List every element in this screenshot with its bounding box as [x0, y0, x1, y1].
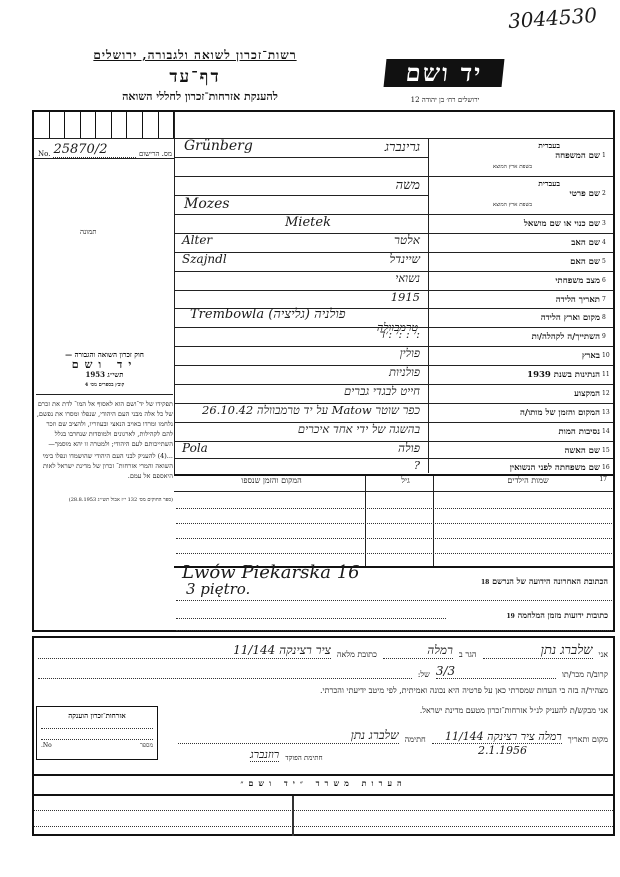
field-number: 11 [602, 371, 610, 378]
field-label-12: המקצוע [432, 388, 600, 399]
origin-sublabel: בשפת ארץ המוצא [432, 164, 532, 170]
field-number: 10 [602, 352, 610, 359]
officer-label: חתימת הפוקד [285, 754, 323, 762]
row-mid-divider [174, 157, 428, 158]
field-value-9[interactable]: :׳ : :׳ :׳ד [180, 327, 420, 341]
field-label-text: בארץ [582, 351, 600, 361]
address-label: כתובת מלאה [337, 650, 377, 659]
notes-line[interactable] [34, 826, 613, 827]
field-label-text: הנתינות בשנת 1939 [527, 370, 600, 380]
field-label-10: בארץ [432, 350, 600, 361]
field-number: 1 [602, 152, 606, 159]
field-number: 18 [481, 579, 489, 586]
place-date-value[interactable]: רמלה ציר רצינקה 11/144 [432, 730, 562, 744]
declarant-i-label: אני [599, 650, 609, 659]
form-subtitle: להענקת אזרחות־זכרון לחללי השואה [85, 90, 315, 103]
field-value-7[interactable]: 1915 [180, 290, 420, 304]
field-value-8[interactable]: Trembowla (גליציה) פולניה [190, 306, 420, 322]
wartime-label-wrap: כתובות ידועות מזמן המלחמה 19 [507, 610, 609, 620]
registration-number[interactable]: 25870/2 [53, 142, 136, 158]
children-row[interactable] [176, 553, 612, 554]
field-label-14: נסיבות המות [432, 426, 600, 437]
memorial-citizenship-box: אזרחות־זכרון הוענקה מספר No. [36, 706, 158, 760]
field-label-4: שם האב [432, 237, 600, 248]
field-number: 13 [602, 409, 610, 416]
field-label-text: מצב משפחתי [555, 276, 600, 286]
field-label-5: שם האם [432, 256, 600, 267]
children-col-names: שמות הילדים [507, 476, 548, 485]
declarant-line-2: קרוב/ה מכר/תו 3/3 של: [38, 664, 608, 679]
relation-value[interactable]: 3/3 [436, 664, 556, 679]
yad-vashem-logo: יד ושם [384, 59, 505, 87]
children-header: שמות הילדים 17 גיל המקום והזמן שנספו [174, 476, 613, 492]
field-number: 12 [602, 390, 610, 397]
declaration-date[interactable]: 2.1.1956 [478, 744, 527, 757]
field-value-14[interactable]: בהשגה של ידי אחד איכרים [180, 422, 420, 436]
field-label-text: שם האב [571, 238, 600, 248]
field-label-6: מצב משפחתי [432, 275, 600, 286]
registration-prefix: No. [38, 150, 50, 158]
wartime-addresses-label: כתובות ידועות מזמן המלחמה [518, 610, 608, 620]
children-col-age: גיל [373, 476, 438, 485]
stamp-no-prefix: No. [41, 742, 52, 749]
field-value-12[interactable]: חייט לבגדי גברים [180, 384, 420, 398]
left-column-divider [174, 112, 175, 474]
office-notes-rule [34, 794, 613, 796]
form-title: דף־עד [120, 67, 270, 87]
field-label-15: שם האשה [432, 445, 600, 456]
law-footnote: (ספר החוקים מס׳ 132 י״ז אבול תשי״ג 28.8.… [36, 495, 173, 505]
field-label-text: המקצוע [574, 389, 600, 399]
field-value-3[interactable]: Mietek [285, 215, 331, 230]
field-value-16[interactable]: ? [180, 458, 420, 472]
field-number: 4 [602, 239, 606, 246]
field-label-8: מקום וארץ הלידה [432, 312, 600, 323]
hebrew-sublabel: בעברית [470, 141, 560, 150]
field-number: 3 [602, 220, 606, 227]
officer-signature[interactable]: רוזנברג [250, 748, 279, 762]
children-col-place: המקום והזמן שנספו [174, 476, 369, 485]
stamp-line [41, 728, 153, 729]
wartime-line [176, 618, 446, 619]
stamp-box-title: אזרחות־זכרון הוענקה [37, 707, 157, 720]
field-number: 6 [602, 277, 606, 284]
declarant-line-1: אני שלברג נתן הגר ב רמלה כתובת מלאה ציר … [38, 642, 608, 659]
law-excerpt: חוק זכרון השואה והגבורה — יד ושם תשי״ג 1… [36, 350, 173, 505]
relation-label: קרוב/ה מכר/תו [562, 670, 608, 679]
signature-value[interactable]: שלברג נתן [178, 728, 399, 744]
field-value-4[interactable]: Alter [182, 233, 212, 247]
field-number: 15 [602, 447, 610, 454]
registration-label: מס. הרישום [139, 150, 172, 158]
children-row[interactable] [176, 508, 612, 509]
wartime-line-2 [176, 630, 612, 631]
law-title: יד ושם [36, 360, 173, 370]
declarant-address[interactable]: ציר רצינקה 11/144 [38, 643, 331, 659]
field-label-text: שם האשה [564, 446, 600, 456]
field-label-2: שם פרטי [432, 188, 600, 199]
field-label-text: מקום וארץ הלידה [541, 313, 600, 323]
law-paragraph-2: ...(4) להעניק לבני העם היהודי שהושמדו ונ… [36, 451, 173, 481]
logo-address: ירושלים רח׳ בן יהודה 12 [390, 96, 500, 104]
field-number: 8 [602, 314, 606, 321]
law-divider [36, 394, 173, 395]
field-value-15[interactable]: פולה [300, 441, 420, 456]
last-address-label-wrap: הכתובת האחרונה הידועה של הנרשם 18 [481, 576, 608, 586]
place-date-label: מקום ותאריך [568, 735, 608, 744]
field-value-15[interactable]: Pola [182, 441, 208, 455]
office-notes-title: הערות משרד ״יד ושם״ [34, 778, 613, 788]
origin-sublabel: בשפת ארץ המוצא [432, 202, 532, 208]
office-notes-divider [292, 796, 294, 836]
field-label-11: הנתינות בשנת 1939 [432, 369, 600, 380]
field-label-16: שם משפחתה לפני הנשואין [432, 462, 600, 473]
field-label-text: שם משפחתה לפני הנשואין [510, 463, 600, 473]
last-address-label: הכתובת האחרונה הידועה של הנרשם [492, 576, 608, 586]
stamp-number-row: מספר No. [37, 740, 157, 751]
field-number: 7 [602, 296, 606, 303]
code-boxes [34, 112, 174, 138]
signature-label: חתימה [405, 735, 426, 744]
photo-label: תמונה [80, 228, 97, 236]
field-value-2[interactable]: Mozes [184, 196, 230, 212]
field-value-10[interactable]: פולין [180, 346, 420, 360]
field-value-4[interactable]: אלטר [300, 233, 420, 248]
field-value-2[interactable]: משה [300, 177, 420, 193]
hebrew-sublabel: בעברית [470, 179, 560, 188]
field-label-7: תאריך הלידה [432, 294, 600, 305]
stamp-number-label: מספר [140, 742, 153, 749]
request-text: אני מבקש/ת להעניק לנ״ל אזרחות־זכרון מטעם… [420, 706, 608, 715]
field-label-text: שם המשפחה [555, 151, 600, 161]
place-date-line: מקום ותאריך רמלה ציר רצינקה 11/144 חתימה… [178, 728, 608, 744]
field-value-1[interactable]: Grünberg [184, 138, 253, 154]
field-value-13[interactable]: כפר שוטר Matow על יד טרמבוולה 26.10.42 [180, 403, 420, 417]
children-row[interactable] [176, 538, 612, 539]
law-source: קובץ בספרים מס׳ 4 [36, 380, 173, 390]
field-label-9: השתייך/ה לקהלה/ות [432, 331, 600, 342]
field-label-text: שם פרטי [570, 189, 600, 199]
children-row[interactable] [176, 523, 612, 524]
field-label-text: המקום והזמן של מותו/ה [520, 408, 600, 418]
field-label-text: נסיבות המות [558, 427, 600, 437]
field-label-13: המקום והזמן של מותו/ה [432, 407, 600, 418]
law-paragraph-1: תפקידו של יד־ושם הוא לאסוף אל המו־ לדת א… [36, 399, 173, 449]
field-value-11[interactable]: פולניות [180, 365, 420, 379]
field-label-3: שם כנוי או שם מושאל [432, 218, 600, 229]
field-label-text: השתייך/ה לקהלה/ות [532, 332, 600, 342]
field-value-1[interactable]: גרינברג [300, 139, 420, 155]
reg-divider [34, 158, 174, 159]
notes-line[interactable] [34, 810, 613, 811]
declarant-name[interactable]: שלברג נתן [483, 642, 593, 659]
field-number: 5 [602, 258, 606, 265]
field-number: 19 [507, 613, 515, 620]
field-label-1: שם המשפחה [432, 150, 600, 161]
last-address-line-2[interactable]: 3 piętro. [186, 580, 250, 598]
of-field[interactable] [38, 669, 412, 679]
field-label-text: שם האם [570, 257, 600, 267]
organization-line: רשות־זכרון לשואה ולגבורה, ירושלים [70, 48, 320, 63]
row-divider [174, 214, 613, 215]
field-value-6[interactable]: נשואי [180, 271, 420, 285]
field-number: 9 [602, 333, 606, 340]
law-year: תשי״ג 1953 [36, 370, 173, 380]
archive-number: 3044530 [507, 3, 598, 33]
field-number: 2 [602, 190, 606, 197]
field-label-text: תאריך הלידה [556, 295, 600, 305]
field-value-5[interactable]: שיינדל [300, 252, 420, 267]
field-value-5[interactable]: Szajndl [182, 252, 227, 266]
declarant-city[interactable]: רמלה [383, 643, 453, 659]
children-col-names-wrap: שמות הילדים 17 [443, 476, 613, 485]
of-label: של: [418, 670, 430, 679]
field-number: 14 [602, 428, 610, 435]
declaration-text: מצהיר/ה בזה כי העדות שמסרתי כאן על פרטיה… [320, 686, 608, 695]
field-number: 17 [599, 476, 607, 483]
field-label-text: שם כנוי או שם מושאל [524, 219, 600, 229]
address-line [176, 600, 612, 601]
resides-label: הגר ב [459, 650, 477, 659]
registration-field: No. 25870/2 מס. הרישום [38, 142, 172, 158]
field-number: 16 [602, 464, 610, 471]
officer-line: חתימת הפוקד רוזנברג [250, 748, 323, 762]
